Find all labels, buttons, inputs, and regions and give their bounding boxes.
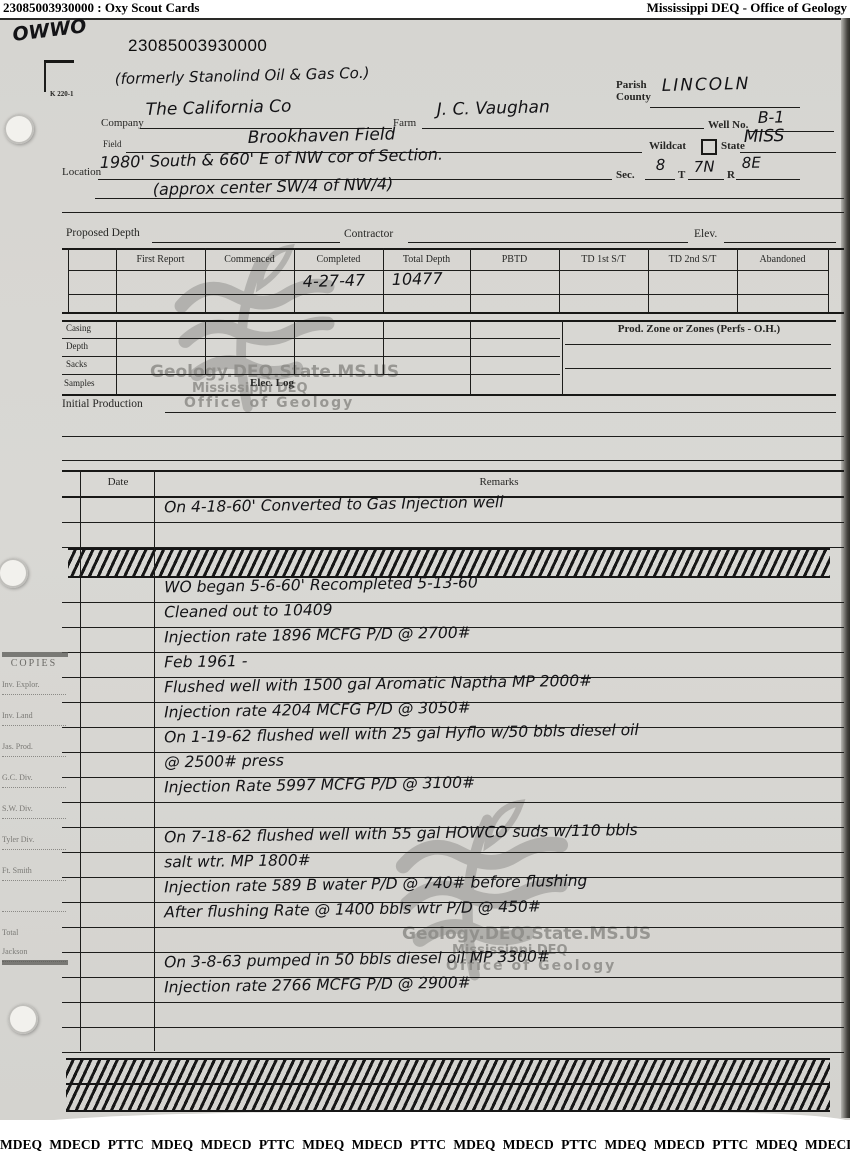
ruled-line [66, 1083, 830, 1085]
col-header-commenced: Commenced [205, 254, 294, 265]
ruled-line [688, 179, 724, 180]
table-border [62, 338, 560, 339]
header-title-left: 23085003930000 : Oxy Scout Cards [3, 0, 199, 15]
copies-item: Inv. Land [2, 708, 66, 726]
punch-hole [4, 114, 34, 144]
remarks-line [62, 523, 844, 548]
ruled-line [165, 412, 836, 413]
range-value: 8E [742, 154, 761, 172]
depth-row-label: Depth [66, 341, 88, 351]
table-border [68, 270, 828, 271]
date-column-header: Date [88, 476, 148, 488]
col-header-td-2nd: TD 2nd S/T [648, 254, 737, 265]
viewer-header-bar: 23085003930000 : Oxy Scout Cards Mississ… [0, 0, 850, 18]
margin-mark [2, 652, 68, 657]
scanned-scout-card-page: 23085003930000 : Oxy Scout Cards Mississ… [0, 0, 850, 1156]
ruled-line [724, 242, 836, 243]
grid-line [205, 320, 206, 374]
farm-label: Farm [393, 117, 416, 129]
field-value: Brookhaven Field [248, 124, 396, 148]
sacks-row-label: Sacks [66, 359, 87, 369]
punch-hole [8, 1004, 38, 1034]
ruled-line [565, 344, 831, 345]
col-header-td-1st: TD 1st S/T [559, 254, 648, 265]
county-label: County [616, 91, 651, 103]
grid-line [68, 248, 69, 312]
copies-item: Inv. Explor. [2, 677, 66, 695]
remarks-line: Injection Rate 5997 MCFG P/D @ 3100# [62, 778, 844, 803]
copies-item: S.W. Div. [2, 801, 66, 819]
proposed-depth-label: Proposed Depth [66, 227, 140, 239]
copies-item: Tyler Div. [2, 832, 66, 850]
remarks-line: On 4-18-60' Converted to Gas Injection w… [62, 498, 844, 523]
col-header-first-report: First Report [116, 254, 205, 265]
col-header-abandoned: Abandoned [737, 254, 828, 265]
col-header-total-depth: Total Depth [383, 254, 470, 265]
remarks-line: After flushing Rate @ 1400 bbls wtr P/D … [62, 903, 844, 928]
watermark-text-office: Office of Geology [184, 395, 354, 411]
grid-line [383, 320, 384, 374]
company-label: Company [101, 117, 144, 129]
section-value: 8 [656, 156, 666, 174]
col-header-pbtd: PBTD [470, 254, 559, 265]
corner-mark [44, 62, 46, 92]
form-code: K 220-1 [50, 90, 74, 98]
wildcat-checkbox [701, 139, 717, 155]
state-label: State [721, 140, 745, 152]
copies-item: Ft. Smith [2, 863, 66, 881]
field-label: Field [103, 139, 122, 149]
grid-line [80, 470, 81, 1051]
range-label: R [727, 169, 735, 181]
hatched-divider-bar [66, 1058, 830, 1112]
elec-log-label: Elec. Log [250, 377, 294, 389]
prod-zone-label: Prod. Zone or Zones (Perfs - O.H.) [566, 323, 832, 335]
county-value: LINCOLN [662, 74, 751, 96]
ruled-line [736, 179, 800, 180]
table-border [62, 312, 844, 314]
location-label: Location [62, 166, 101, 178]
township-label: T [678, 169, 685, 181]
copies-item: Total [2, 925, 66, 942]
grid-line [294, 320, 295, 374]
parish-label: Parish [616, 79, 647, 91]
remarks-line: Injection rate 2766 MCFG P/D @ 2900# [62, 978, 844, 1003]
grid-line [470, 320, 471, 394]
ruled-line [62, 436, 844, 437]
copies-item: G.C. Div. [2, 770, 66, 788]
ruled-line [422, 128, 704, 129]
well-no-label: Well No. [708, 119, 748, 131]
grid-line [154, 470, 155, 1051]
corner-mark [44, 60, 74, 63]
table-border [68, 294, 828, 295]
completed-date-value: 4-27-47 [303, 270, 366, 291]
copies-item: Jas. Prod. [2, 739, 66, 757]
ruled-line [408, 242, 688, 243]
margin-mark [2, 960, 68, 965]
api-number: 23085003930000 [128, 36, 267, 56]
total-depth-value: 10477 [392, 269, 443, 289]
table-border [62, 248, 844, 250]
township-value: 7N [694, 157, 715, 176]
table-border [62, 356, 560, 357]
copies-title: COPIES [2, 658, 66, 669]
remarks-table: Date Remarks On 4-18-60' Converted to Ga… [62, 470, 844, 1053]
ruled-line [95, 198, 844, 199]
initial-production-label: Initial Production [62, 398, 143, 410]
col-header-completed: Completed [294, 254, 383, 265]
viewer-footer-bar: MDEQ MDECD PTTC MDEQ MDECD PTTC MDEQ MDE… [0, 1135, 850, 1156]
remarks-line [62, 1003, 844, 1028]
company-value: The California Co [146, 96, 292, 120]
samples-row-label: Samples [64, 378, 95, 388]
grid-line [562, 320, 563, 394]
ruled-line [152, 242, 340, 243]
remarks-column-header: Remarks [154, 476, 844, 488]
ruled-line [645, 179, 675, 180]
well-no-value: B-1 [758, 107, 785, 127]
elevation-label: Elev. [694, 228, 717, 240]
copies-distribution-list: COPIES Inv. Explor. Inv. Land Jas. Prod.… [2, 658, 66, 975]
header-title-right: Mississippi DEQ - Office of Geology [647, 0, 847, 15]
ruled-line [62, 460, 844, 461]
ruled-line [565, 368, 831, 369]
ruled-line [62, 212, 844, 213]
remarks-line [62, 1028, 844, 1053]
table-border [62, 394, 836, 396]
table-border [62, 320, 836, 322]
grid-line [828, 248, 829, 312]
grid-line [116, 320, 117, 394]
footer-text: MDEQ MDECD PTTC MDEQ MDECD PTTC MDEQ MDE… [0, 1137, 850, 1152]
state-value: MISS [744, 126, 785, 147]
farm-value: J. C. Vaughan [437, 97, 550, 120]
wildcat-label: Wildcat [649, 140, 686, 152]
table-border [62, 374, 560, 375]
copies-item-blank [2, 894, 66, 912]
casing-row-label: Casing [66, 323, 91, 333]
contractor-label: Contractor [344, 228, 393, 240]
section-label: Sec. [616, 169, 635, 181]
